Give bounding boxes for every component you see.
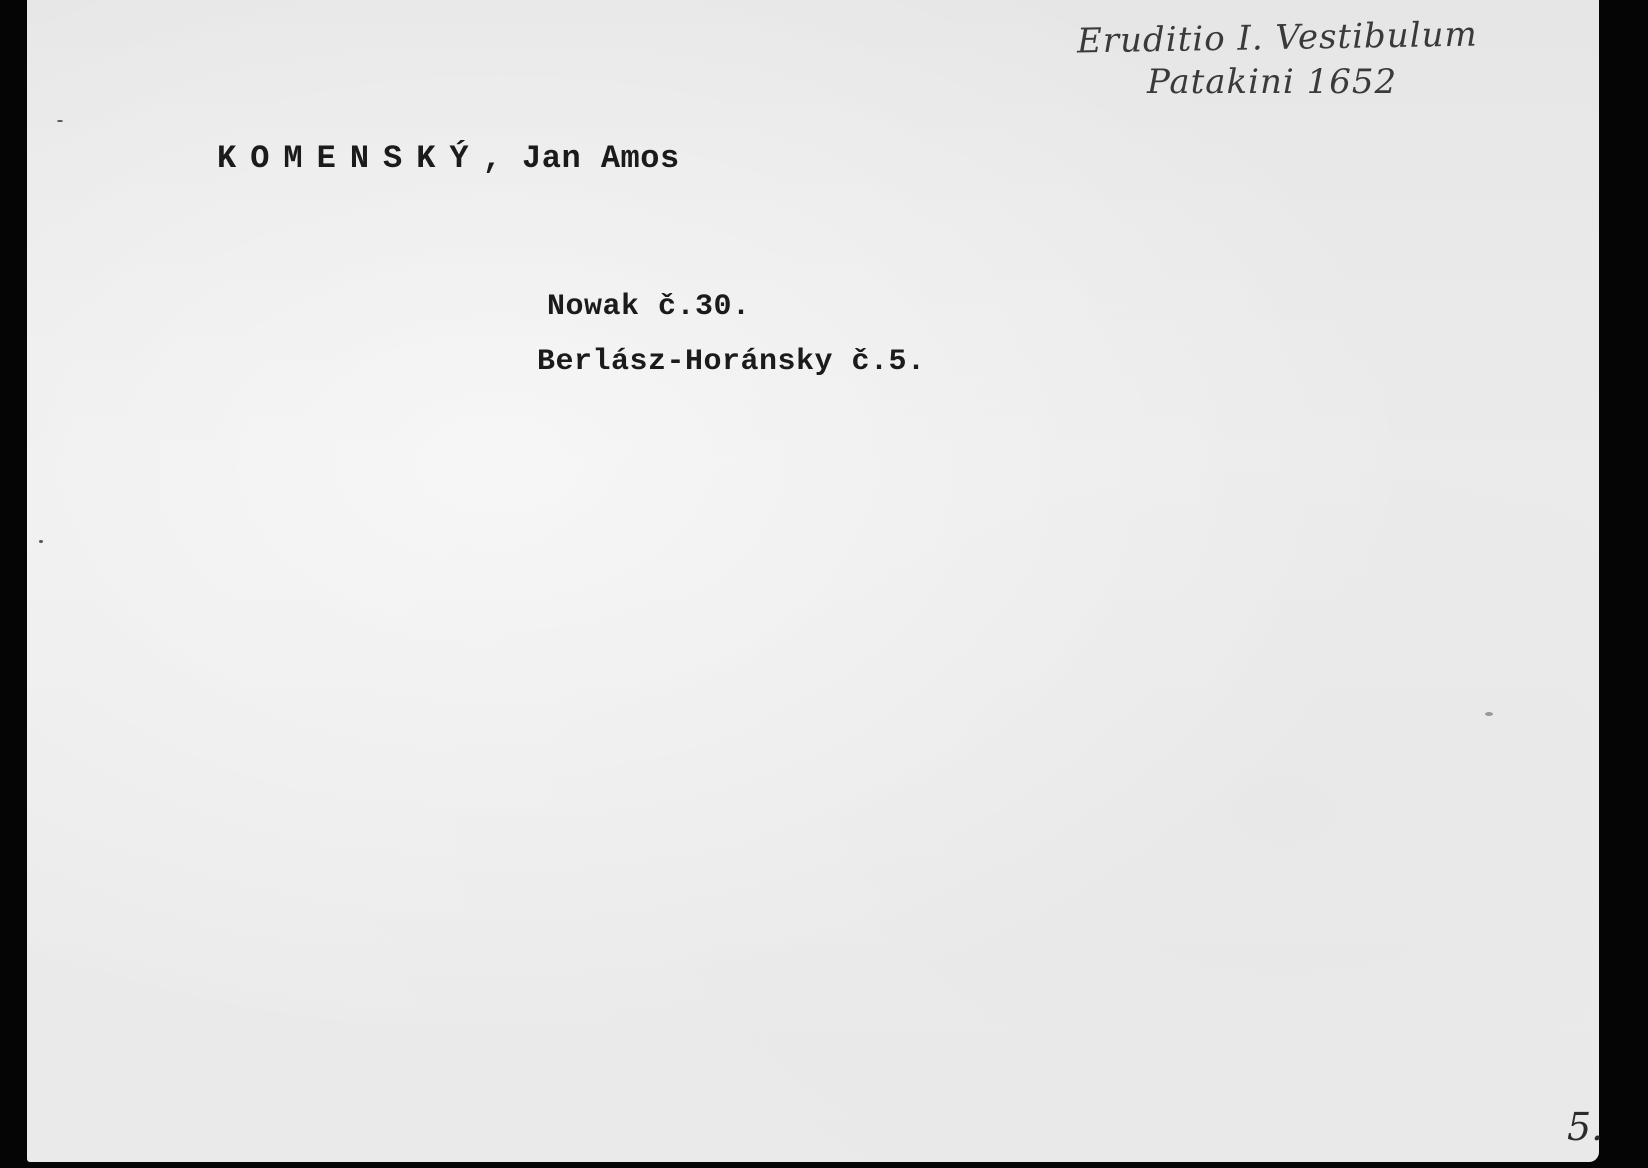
- author-surname: KOMENSKÝ: [217, 140, 483, 177]
- catalog-card: Eruditio I. Vestibulum Patakini 1652 KOM…: [27, 0, 1599, 1162]
- paper-speck: [1485, 712, 1493, 716]
- bibliographic-reference-2: Berlász-Horánsky č.5.: [537, 345, 926, 379]
- handwritten-note-line-1: Eruditio I. Vestibulum: [1077, 15, 1478, 62]
- paper-speck: [57, 120, 63, 122]
- heading-separator: ,: [483, 140, 503, 177]
- paper-speck: [39, 540, 43, 543]
- card-heading: KOMENSKÝ, Jan Amos: [217, 140, 680, 177]
- card-number: 5.: [1567, 1105, 1603, 1149]
- handwritten-note-line-2: Patakini 1652: [1147, 62, 1397, 102]
- author-given-names: Jan Amos: [522, 140, 680, 177]
- bibliographic-reference-1: Nowak č.30.: [547, 290, 751, 324]
- scanned-catalog-card-image: Eruditio I. Vestibulum Patakini 1652 KOM…: [0, 0, 1648, 1168]
